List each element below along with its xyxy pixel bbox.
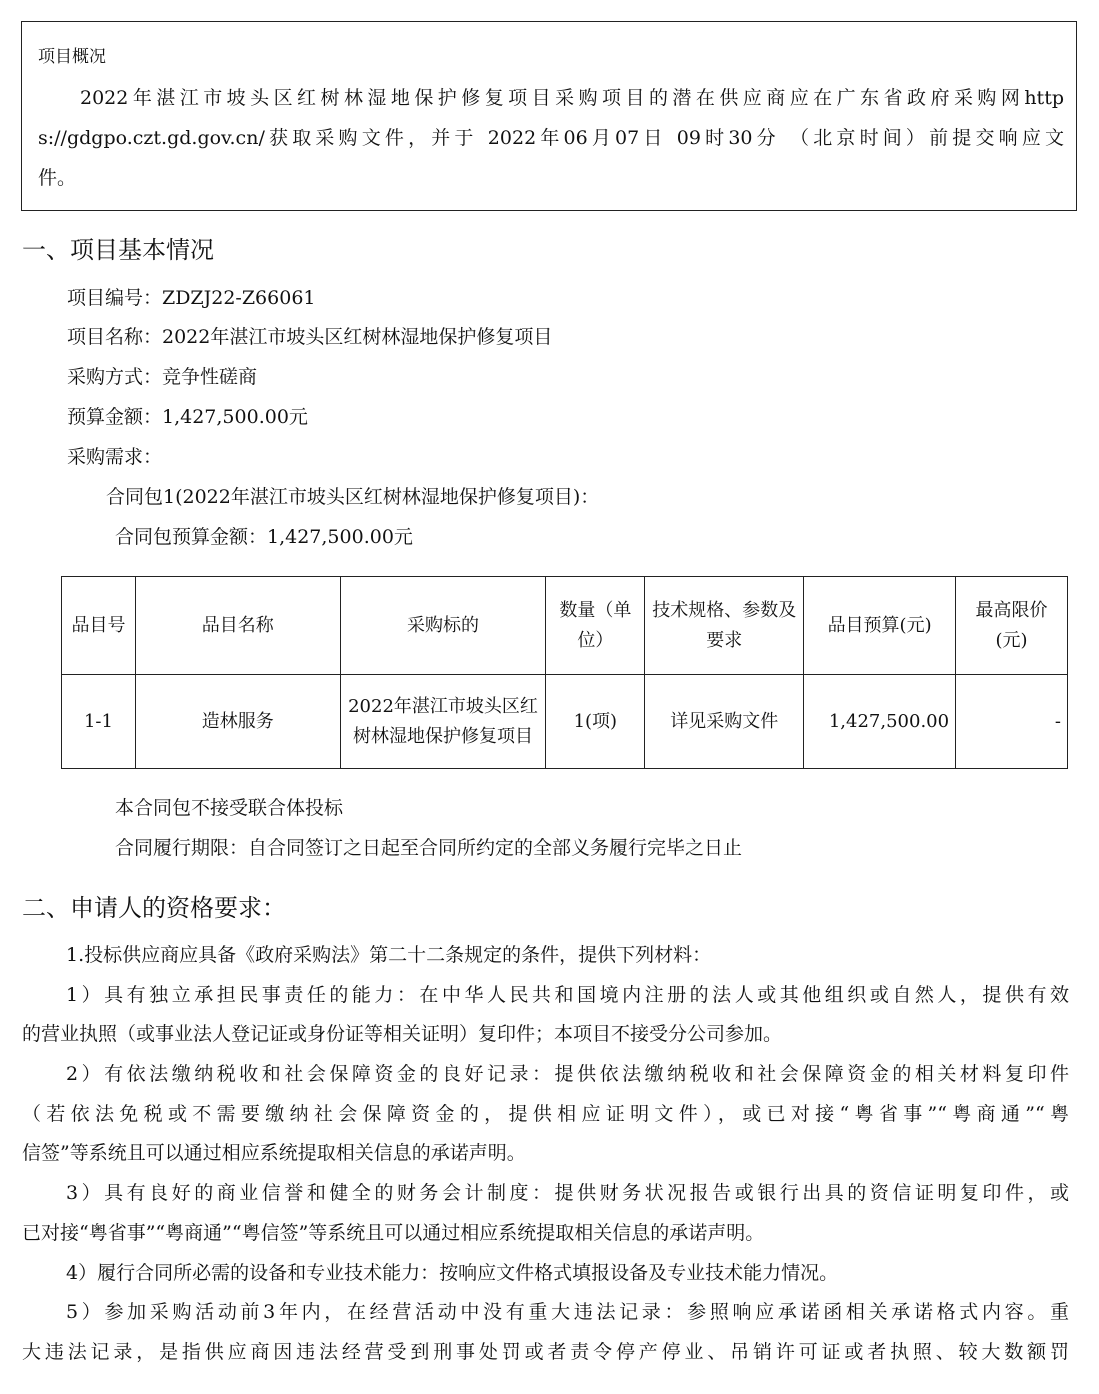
overview-line-1: 2022年湛江市坡头区红树林湿地保护修复项目采购项目的潜在供应商应在广东省政府采… <box>80 86 1064 110</box>
cell-max-price: - <box>956 675 1068 769</box>
clause-1-line-1: 1）具有独立承担民事责任的能力：在中华人民共和国境内注册的法人或其他组织或自然人… <box>66 983 1069 1007</box>
no-consortium-note: 本合同包不接受联合体投标 <box>115 796 343 820</box>
requirement-1: 1.投标供应商应具备《政府采购法》第二十二条规定的条件，提供下列材料： <box>66 943 711 967</box>
overview-line-2: s://gdgpo.czt.gd.gov.cn/获取采购文件，并于 2022年0… <box>38 126 1064 150</box>
header-item-no: 品目号 <box>62 577 136 675</box>
clause-3-line-2: 已对接“粤省事”“粤商通”“粤信签”等系统且可以通过相应系统提取相关信息的承诺声… <box>22 1221 764 1245</box>
clause-2-line-3: 信签”等系统且可以通过相应系统提取相关信息的承诺声明。 <box>22 1141 526 1165</box>
project-number: 项目编号：ZDZJ22-Z66061 <box>67 286 316 310</box>
table-row: 1-1 造林服务 2022年湛江市坡头区红树林湿地保护修复项目 1(项) 详见采… <box>62 675 1068 769</box>
demand-label: 采购需求： <box>67 445 162 469</box>
cell-subject: 2022年湛江市坡头区红树林湿地保护修复项目 <box>340 675 546 769</box>
project-name: 项目名称：2022年湛江市坡头区红树林湿地保护修复项目 <box>67 325 552 349</box>
header-spec: 技术规格、参数及要求 <box>645 577 804 675</box>
header-max-price: 最高限价(元) <box>956 577 1068 675</box>
clause-4-line-1: 4）履行合同所必需的设备和专业技术能力：按响应文件格式填报设备及专业技术能力情况… <box>66 1261 838 1285</box>
clause-1-line-2: 的营业执照（或事业法人登记证或身份证等相关证明）复印件；本项目不接受分公司参加。 <box>22 1022 782 1046</box>
package-budget: 合同包预算金额：1,427,500.00元 <box>115 525 413 549</box>
clause-3-line-1: 3）具有良好的商业信誉和健全的财务会计制度：提供财务状况报告或银行出具的资信证明… <box>66 1181 1069 1205</box>
overview-title: 项目概况 <box>38 45 106 69</box>
clause-2-line-2: （若依法免税或不需要缴纳社会保障资金的，提供相应证明文件），或已对接“粤省事”“… <box>22 1102 1069 1126</box>
overview-box <box>21 21 1077 211</box>
clause-5-line-1: 5）参加采购活动前3年内，在经营活动中没有重大违法记录：参照响应承诺函相关承诺格… <box>66 1300 1069 1324</box>
cell-spec: 详见采购文件 <box>645 675 804 769</box>
header-item-name: 品目名称 <box>135 577 340 675</box>
header-quantity: 数量（单位） <box>546 577 645 675</box>
contract-package: 合同包1(2022年湛江市坡头区红树林湿地保护修复项目)： <box>106 485 599 509</box>
cell-item-no: 1-1 <box>62 675 136 769</box>
header-budget: 品目预算(元) <box>804 577 956 675</box>
section-1-heading: 一、项目基本情况 <box>22 235 214 265</box>
table-header-row: 品目号 品目名称 采购标的 数量（单位） 技术规格、参数及要求 品目预算(元) … <box>62 577 1068 675</box>
clause-5-line-2: 大违法记录，是指供应商因违法经营受到刑事处罚或者责令停产停业、吊销许可证或者执照… <box>22 1340 1069 1364</box>
cell-budget: 1,427,500.00 <box>804 675 956 769</box>
cell-item-name: 造林服务 <box>135 675 340 769</box>
section-2-heading: 二、申请人的资格要求： <box>22 893 286 923</box>
header-subject: 采购标的 <box>340 577 546 675</box>
clause-2-line-1: 2）有依法缴纳税收和社会保障资金的良好记录：提供依法缴纳税收和社会保障资金的相关… <box>66 1062 1069 1086</box>
overview-line-3: 件。 <box>38 166 76 190</box>
contract-period: 合同履行期限：自合同签订之日起至合同所约定的全部义务履行完毕之日止 <box>115 836 742 860</box>
budget-amount: 预算金额：1,427,500.00元 <box>67 405 308 429</box>
procurement-method: 采购方式：竞争性磋商 <box>67 365 257 389</box>
items-table: 品目号 品目名称 采购标的 数量（单位） 技术规格、参数及要求 品目预算(元) … <box>61 576 1068 769</box>
cell-quantity: 1(项) <box>546 675 645 769</box>
